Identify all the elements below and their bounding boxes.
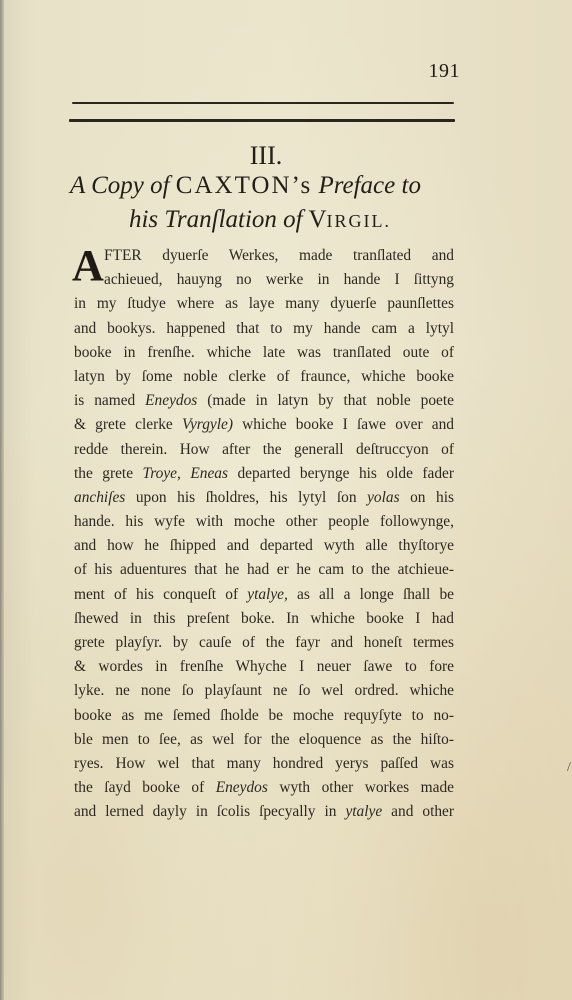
text-line: the grete Troye, Eneas departed berynge …: [74, 462, 454, 486]
text-line: & wordes in frenſhe Whyche I neuer ſawe …: [74, 655, 454, 679]
italic-term: anchiſes: [74, 489, 125, 506]
text-line: ble men to ſee, as wel for the eloquence…: [74, 728, 454, 752]
text-run: & wordes in frenſhe Whyche I neuer ſawe …: [74, 658, 454, 675]
text-line: redde therein. How after the generall de…: [74, 438, 454, 462]
text-run: redde therein. How after the generall de…: [74, 441, 454, 458]
chapter-title-line-2: his Tranſlation of VIRGIL.: [60, 206, 460, 234]
text-line: booke in frenſhe. whiche late was tranſl…: [74, 341, 454, 365]
text-line: latyn by ſome noble clerke of fraunce, w…: [74, 365, 454, 389]
text-run: is named: [74, 392, 145, 409]
text-run: booke in frenſhe. whiche late was tranſl…: [74, 344, 454, 361]
italic-term: ytalye,: [247, 586, 288, 603]
title-fragment: Preface to: [318, 172, 421, 199]
text-run: and how he ſhipped and departed wyth all…: [74, 537, 454, 554]
text-run: ment of his conqueſt of: [74, 586, 247, 603]
page-number: 191: [410, 60, 460, 83]
title-fragment-virgil-initial: V: [308, 206, 326, 233]
text-run: upon his ſholdres, his lytyl ſon: [125, 489, 367, 506]
text-run: wyth other workes made: [268, 779, 454, 796]
text-line: of his aduentures that he had er he cam …: [74, 558, 454, 582]
text-run: FTER dyuerſe Werkes, made tranſlated and: [104, 247, 454, 264]
text-line: hande. his wyfe with moche other people …: [74, 510, 454, 534]
title-fragment: A Copy of: [70, 172, 170, 199]
text-lines: FTER dyuerſe Werkes, made tranſlated and…: [74, 244, 454, 825]
drop-cap: A: [72, 246, 104, 286]
text-line: and how he ſhipped and departed wyth all…: [74, 534, 454, 558]
text-line: is named Eneydos (made in latyn by that …: [74, 389, 454, 413]
text-run: as all a longe ſhall be: [288, 586, 454, 603]
margin-mark: /: [567, 760, 571, 776]
text-line: anchiſes upon his ſholdres, his lytyl ſo…: [74, 486, 454, 510]
text-run: in my ſtudye where as laye many dyuerſe …: [74, 295, 454, 312]
text-run: whiche booke I ſawe over and: [233, 416, 454, 433]
text-line: lyke. ne none ſo playſaunt ne ſo wel ord…: [74, 679, 454, 703]
text-run: the ſayd booke of: [74, 779, 216, 796]
chapter-title-line-1: A Copy of CAXTON’s Preface to: [70, 172, 460, 200]
text-line: & grete clerke Vyrgyle) whiche booke I ſ…: [74, 413, 454, 437]
text-run: the grete: [74, 465, 143, 482]
text-run: (made in latyn by that noble poete: [197, 392, 454, 409]
text-run: departed berynge his olde fader: [228, 465, 454, 482]
text-line: FTER dyuerſe Werkes, made tranſlated and: [74, 244, 454, 268]
text-run: and lerned dayly in ſcolis ſpecyally in: [74, 803, 345, 820]
text-run: achieued, hauyng no werke in hande I ſit…: [104, 271, 454, 288]
text-run: hande. his wyfe with moche other people …: [74, 513, 454, 530]
italic-term: Eneydos: [216, 779, 268, 796]
italic-term: Troye, Eneas: [143, 465, 228, 482]
italic-term: yolas: [367, 489, 400, 506]
text-run: ryes. How wel that many hondred yerys pa…: [74, 755, 454, 772]
text-run: & grete clerke: [74, 416, 182, 433]
italic-term: ytalye: [345, 803, 382, 820]
text-run: grete playſyr. by cauſe of the fayr and …: [74, 634, 454, 651]
text-run: of his aduentures that he had er he cam …: [74, 561, 454, 578]
text-line: ſhewed in this preſent boke. In whiche b…: [74, 607, 454, 631]
text-line: and lerned dayly in ſcolis ſpecyally in …: [74, 800, 454, 824]
body-text: A FTER dyuerſe Werkes, made tranſlated a…: [74, 244, 454, 825]
text-line: and bookys. happened that to my hande ca…: [74, 317, 454, 341]
title-fragment-caxton: CAXTON’s: [176, 172, 312, 199]
text-line: booke as me ſemed ſholde be moche requyſ…: [74, 704, 454, 728]
text-line: grete playſyr. by cauſe of the fayr and …: [74, 631, 454, 655]
header-rule-thick: [69, 119, 455, 122]
text-line: ryes. How wel that many hondred yerys pa…: [74, 752, 454, 776]
text-run: latyn by ſome noble clerke of fraunce, w…: [74, 368, 454, 385]
text-run: ſhewed in this preſent boke. In whiche b…: [74, 610, 454, 627]
text-line: achieued, hauyng no werke in hande I ſit…: [74, 268, 454, 292]
text-run: booke as me ſemed ſholde be moche requyſ…: [74, 707, 454, 724]
text-line: ment of his conqueſt of ytalye, as all a…: [74, 583, 454, 607]
header-rule-thin: [72, 102, 454, 104]
text-line: the ſayd booke of Eneydos wyth other wor…: [74, 776, 454, 800]
text-run: on his: [400, 489, 454, 506]
title-fragment: his Tranſlation of: [129, 206, 303, 233]
text-run: lyke. ne none ſo playſaunt ne ſo wel ord…: [74, 682, 454, 699]
text-line: in my ſtudye where as laye many dyuerſe …: [74, 292, 454, 316]
text-run: and other: [382, 803, 454, 820]
title-fragment-virgil: IRGIL.: [327, 211, 392, 231]
text-run: and bookys. happened that to my hande ca…: [74, 320, 454, 337]
italic-term: Eneydos: [145, 392, 197, 409]
italic-term: Vyrgyle): [182, 416, 233, 433]
text-run: ble men to ſee, as wel for the eloquence…: [74, 731, 454, 748]
section-numeral: III.: [0, 141, 532, 171]
